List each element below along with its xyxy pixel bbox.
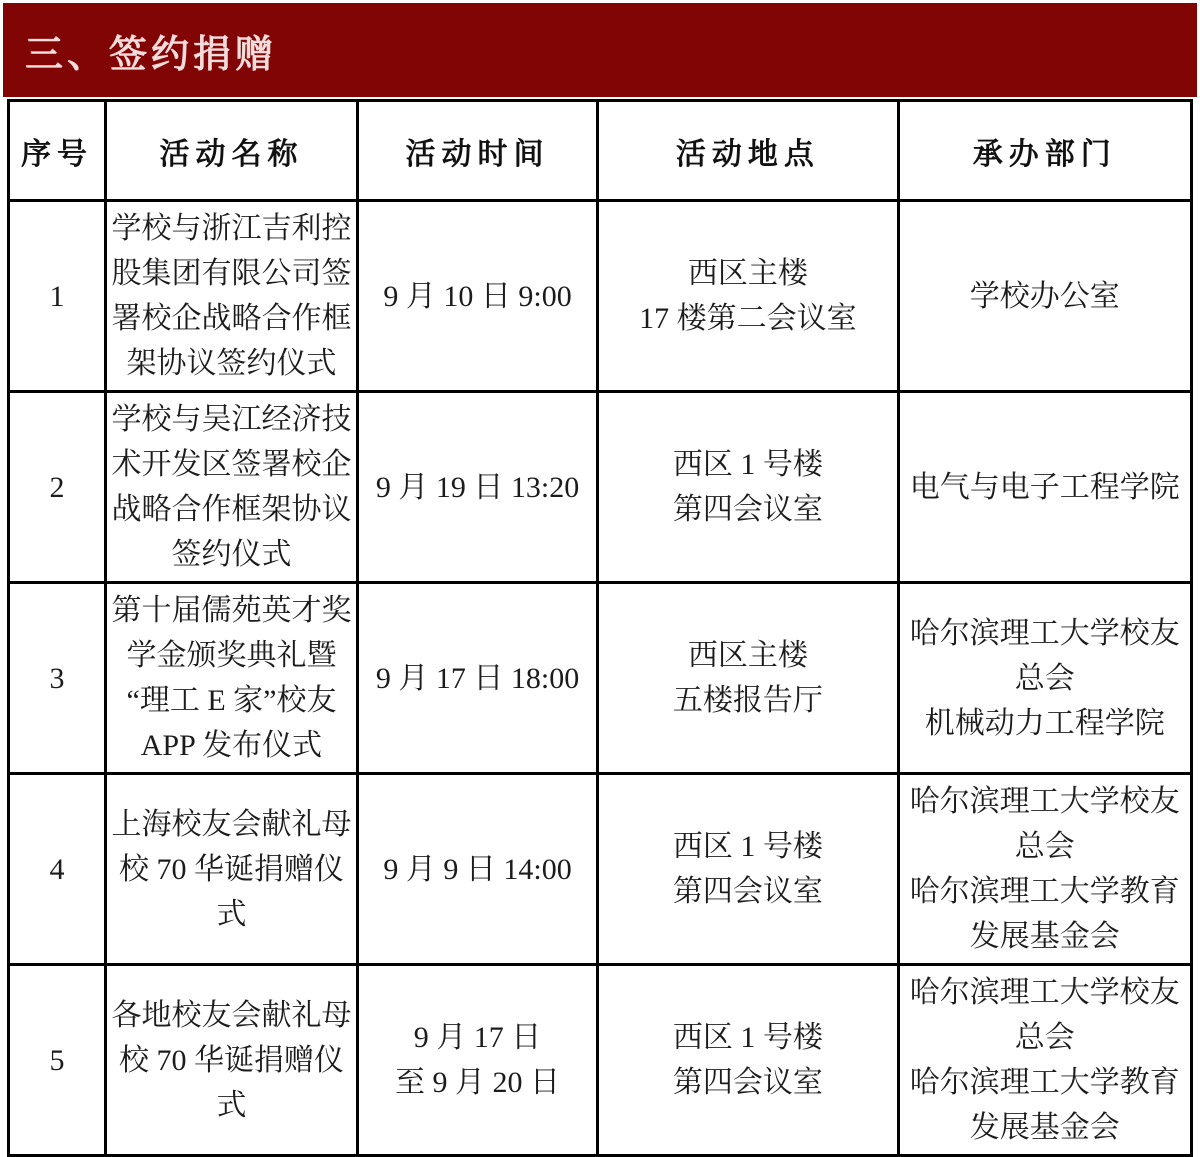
cell-time: 9 月 9 日 14:00 [357,774,597,965]
section-banner: 三、签约捐赠 [3,3,1197,97]
table-row: 2学校与吴江经济技 术开发区签署校企 战略合作框架协议 签约仪式9 月 19 日… [9,392,1192,583]
cell-time: 9 月 19 日 13:20 [357,392,597,583]
cell-time: 9 月 17 日 至 9 月 20 日 [357,965,597,1156]
cell-place: 西区 1 号楼 第四会议室 [598,392,898,583]
table-body: 1学校与浙江吉利控 股集团有限公司签 署校企战略合作框 架协议签约仪式9 月 1… [9,201,1192,1156]
cell-time: 9 月 10 日 9:00 [357,201,597,392]
cell-dept: 哈尔滨理工大学校友 总会 哈尔滨理工大学教育 发展基金会 [898,965,1191,1156]
table-row: 5各地校友会献礼母 校 70 华诞捐赠仪 式9 月 17 日 至 9 月 20 … [9,965,1192,1156]
column-header: 序号 [9,101,106,201]
cell-no: 1 [9,201,106,392]
cell-dept: 哈尔滨理工大学校友 总会 哈尔滨理工大学教育 发展基金会 [898,774,1191,965]
cell-name: 学校与浙江吉利控 股集团有限公司签 署校企战略合作框 架协议签约仪式 [106,201,358,392]
table-row: 4上海校友会献礼母 校 70 华诞捐赠仪 式9 月 9 日 14:00西区 1 … [9,774,1192,965]
cell-no: 3 [9,583,106,774]
schedule-table: 序号活动名称活动时间活动地点承办部门 1学校与浙江吉利控 股集团有限公司签 署校… [7,99,1193,1157]
cell-dept: 电气与电子工程学院 [898,392,1191,583]
table-row: 3第十届儒苑英才奖 学金颁奖典礼暨 “理工 E 家”校友 APP 发布仪式9 月… [9,583,1192,774]
cell-name: 学校与吴江经济技 术开发区签署校企 战略合作框架协议 签约仪式 [106,392,358,583]
header-row: 序号活动名称活动时间活动地点承办部门 [9,101,1192,201]
cell-dept: 学校办公室 [898,201,1191,392]
cell-dept: 哈尔滨理工大学校友 总会 机械动力工程学院 [898,583,1191,774]
cell-name: 各地校友会献礼母 校 70 华诞捐赠仪 式 [106,965,358,1156]
cell-no: 5 [9,965,106,1156]
cell-no: 2 [9,392,106,583]
cell-place: 西区主楼 五楼报告厅 [598,583,898,774]
cell-name: 上海校友会献礼母 校 70 华诞捐赠仪 式 [106,774,358,965]
cell-no: 4 [9,774,106,965]
cell-place: 西区 1 号楼 第四会议室 [598,774,898,965]
cell-name: 第十届儒苑英才奖 学金颁奖典礼暨 “理工 E 家”校友 APP 发布仪式 [106,583,358,774]
table-row: 1学校与浙江吉利控 股集团有限公司签 署校企战略合作框 架协议签约仪式9 月 1… [9,201,1192,392]
column-header: 活动名称 [106,101,358,201]
column-header: 承办部门 [898,101,1191,201]
column-header: 活动地点 [598,101,898,201]
cell-place: 西区 1 号楼 第四会议室 [598,965,898,1156]
cell-time: 9 月 17 日 18:00 [357,583,597,774]
cell-place: 西区主楼 17 楼第二会议室 [598,201,898,392]
section-title: 三、签约捐赠 [25,23,277,78]
document-page: 三、签约捐赠 序号活动名称活动时间活动地点承办部门 1学校与浙江吉利控 股集团有… [0,0,1200,1138]
column-header: 活动时间 [357,101,597,201]
